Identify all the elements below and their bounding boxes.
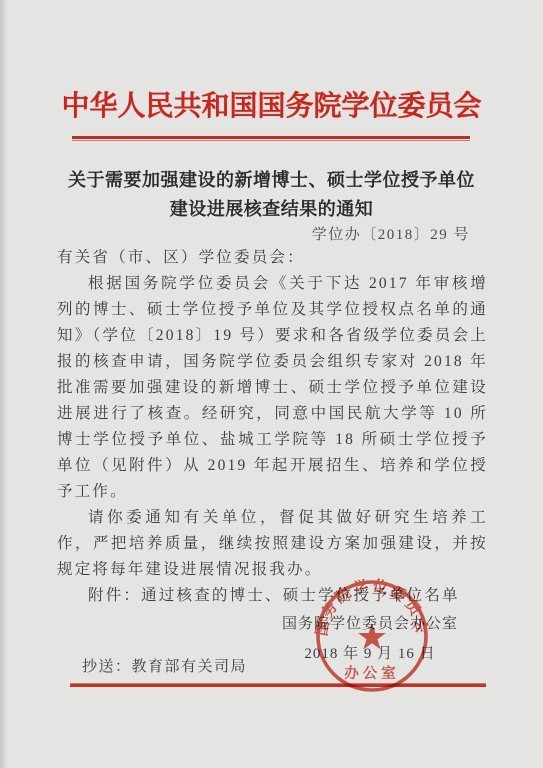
document-body: 有关省（市、区）学位委员会： 根据国务院学位委员会《关于下达 2017 年审核增… xyxy=(57,245,488,609)
letterhead-divider xyxy=(72,136,470,141)
paragraph-2: 请你委通知有关单位，督促其做好研究生培养工作，严把培养质量，继续按照建设方案加强… xyxy=(57,505,488,583)
official-seal-icon: 国务院学位委员会 办公室 xyxy=(313,577,431,695)
scanned-document-page: 中华人民共和国国务院学位委员会 关于需要加强建设的新增博士、硕士学位授予单位 建… xyxy=(0,0,543,768)
seal-bottom-text: 办公室 xyxy=(344,664,400,682)
notice-title-line1: 关于需要加强建设的新增博士、硕士学位授予单位 xyxy=(30,166,513,195)
document-number: 学位办〔2018〕29 号 xyxy=(312,223,470,244)
letterhead-divider-thin-line xyxy=(72,140,470,141)
paragraph-1: 根据国务院学位委员会《关于下达 2017 年审核增列的博士、硕士学位授予单位及其… xyxy=(57,271,488,505)
seal-star-icon xyxy=(358,623,386,649)
letterhead-org-name: 中华人民共和国国务院学位委员会 xyxy=(0,84,543,124)
cc-line: 抄送：教育部有关司局 xyxy=(82,655,247,676)
letterhead-divider-thick-line xyxy=(72,136,470,139)
salutation: 有关省（市、区）学位委员会： xyxy=(57,245,488,271)
notice-title-line2: 建设进展核查结果的通知 xyxy=(30,195,513,224)
notice-title: 关于需要加强建设的新增博士、硕士学位授予单位 建设进展核查结果的通知 xyxy=(30,166,513,224)
